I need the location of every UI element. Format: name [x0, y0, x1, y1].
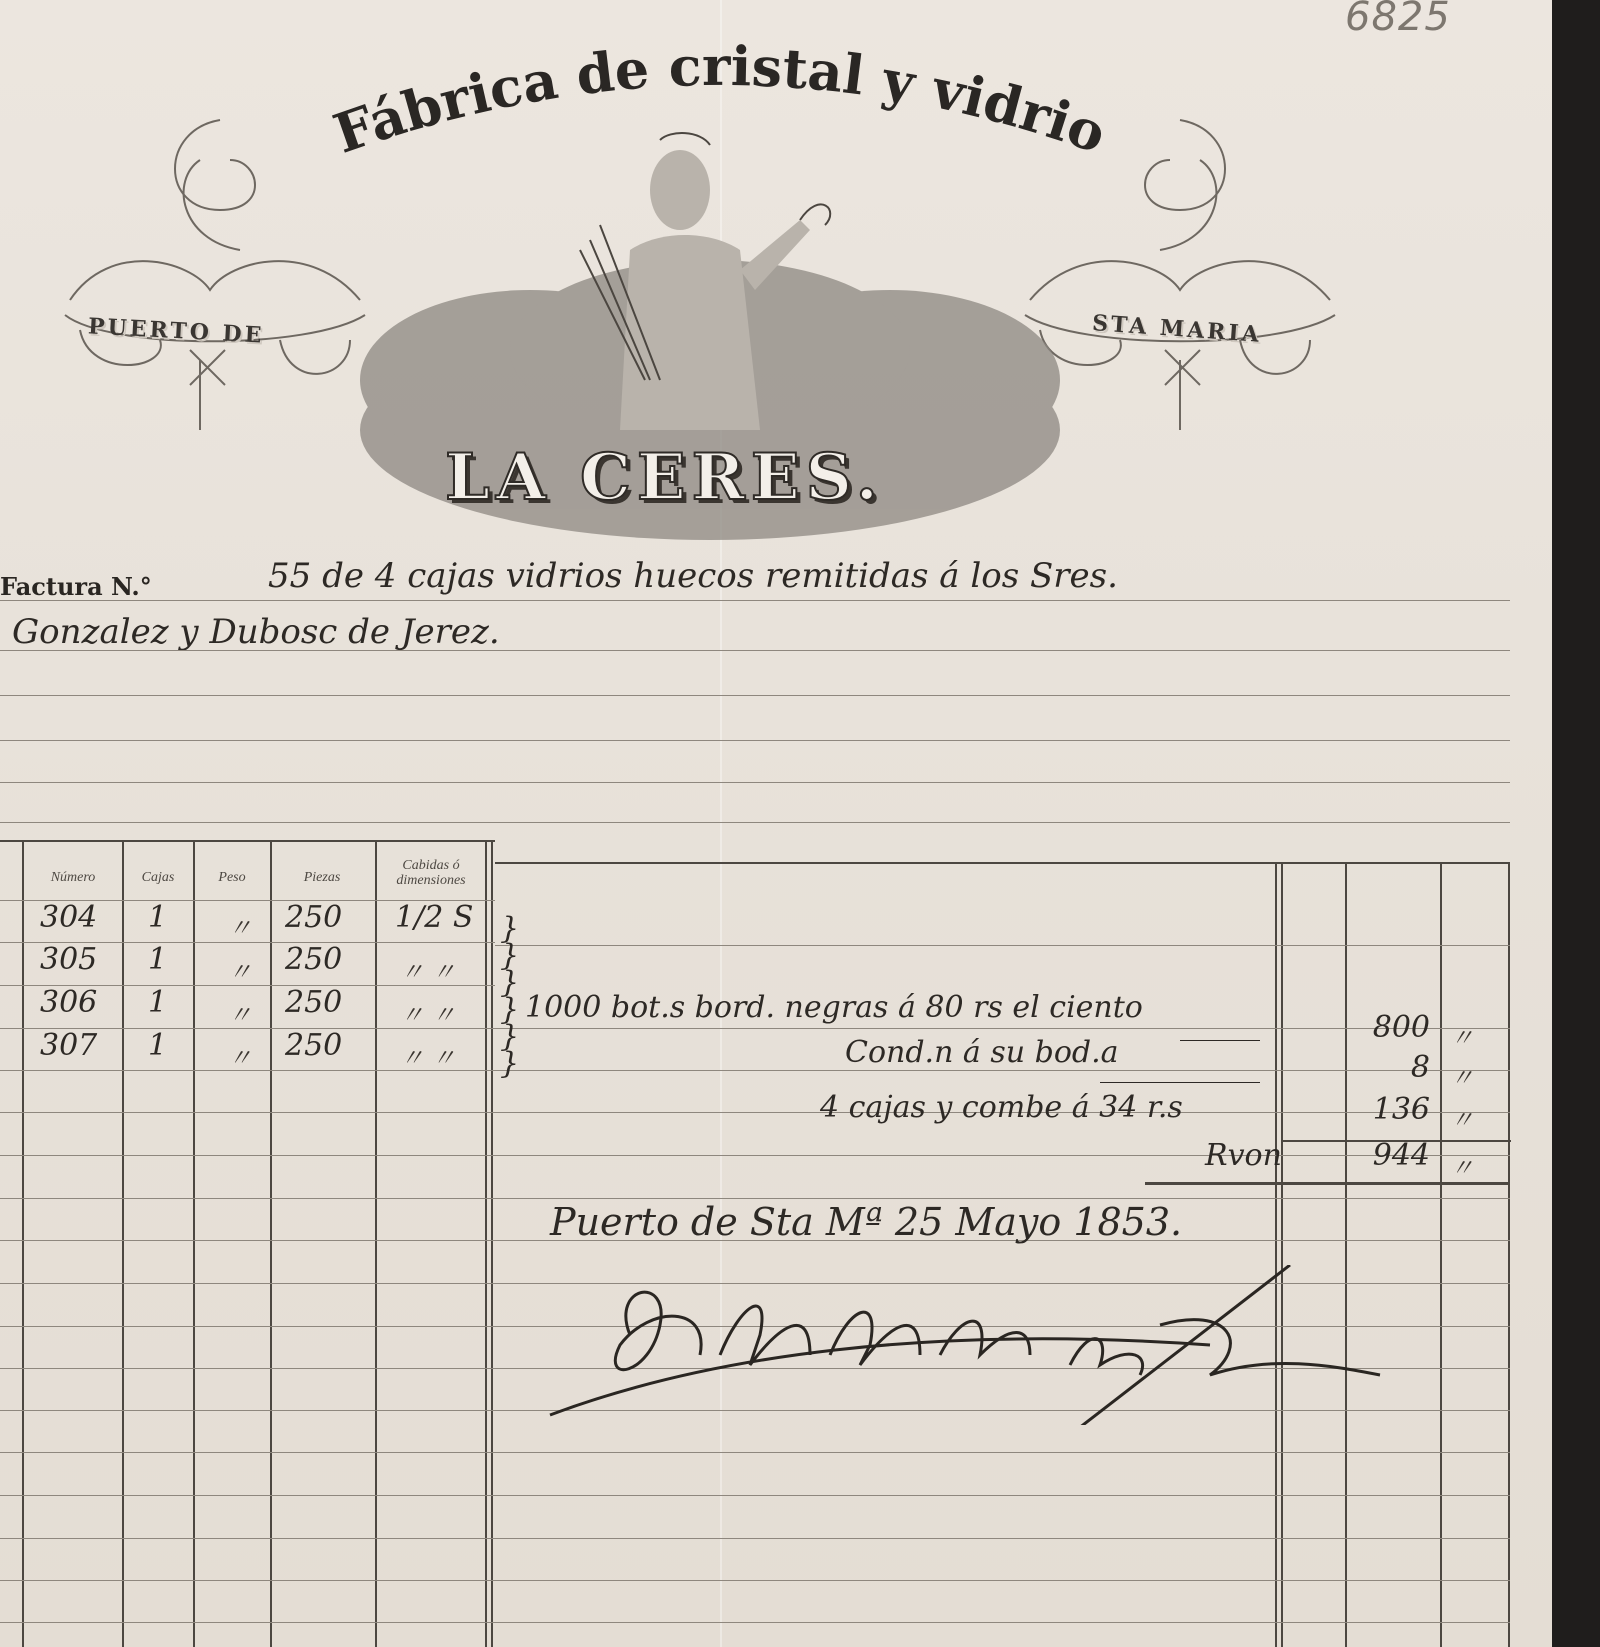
invoice-description: de 4 cajas vidrios huecos remitidas á lo…	[322, 556, 1118, 596]
header-cajas: Cajas	[124, 870, 192, 885]
row-rule	[0, 1240, 495, 1241]
firm-name: LA CERES.	[445, 440, 884, 515]
header-peso: Peso	[196, 870, 268, 885]
total-amount: 944	[1330, 1138, 1430, 1173]
row-3-numero: 306	[40, 985, 97, 1020]
row-3-peso: 〃	[228, 995, 252, 1030]
row-rule	[0, 1622, 495, 1623]
item-2-description: Cond.n á su bod.a	[845, 1035, 1119, 1070]
dash-line	[1180, 1040, 1260, 1041]
header-numero: Número	[28, 870, 118, 885]
row-rule	[495, 1538, 1510, 1539]
row-3-cajas: 1	[148, 985, 167, 1020]
row-1-dimensiones: 1/2 S	[395, 900, 473, 935]
header-dimensiones: Cabidas ó dimensiones	[378, 858, 484, 888]
item-1-description: 1000 bot.s bord. negras á 80 rs el cient…	[525, 990, 1143, 1025]
row-rule	[0, 1580, 495, 1581]
column-divider	[1345, 862, 1347, 1647]
column-divider	[22, 840, 24, 1647]
signature-icon	[510, 1265, 1430, 1425]
invoice-line-1: 55 de 4 cajas vidrios huecos remitidas á…	[268, 556, 1118, 596]
total-label: Rvon	[1205, 1138, 1282, 1173]
brace-icon: }}}}}}	[500, 915, 519, 1077]
item-3-amount: 136	[1330, 1092, 1430, 1127]
row-2-dimensiones: 〃 〃	[400, 952, 456, 987]
ruled-line	[0, 695, 1510, 696]
row-rule	[0, 1538, 495, 1539]
row-2-cajas: 1	[148, 942, 167, 977]
column-divider	[485, 840, 487, 1647]
row-rule	[0, 1495, 495, 1496]
row-rule	[0, 1155, 495, 1156]
total-underline	[1145, 1182, 1510, 1185]
row-rule	[495, 1622, 1510, 1623]
row-4-cajas: 1	[148, 1028, 167, 1063]
column-divider	[270, 840, 272, 1647]
ruled-line	[0, 782, 1510, 783]
row-rule	[0, 1452, 495, 1453]
column-divider	[1440, 862, 1442, 1647]
row-rule	[495, 1580, 1510, 1581]
row-rule	[495, 1198, 1510, 1199]
row-rule	[0, 1198, 495, 1199]
column-divider	[1508, 862, 1510, 1647]
table-top-border	[0, 840, 495, 842]
dash-line	[1100, 1082, 1260, 1083]
frame-edge	[1552, 0, 1600, 1647]
item-2-amount: 8	[1330, 1050, 1430, 1085]
column-divider	[1281, 862, 1283, 1647]
item-3-ditto: 〃	[1450, 1100, 1474, 1135]
invoice-number: 55	[268, 556, 311, 596]
row-1-numero: 304	[40, 900, 97, 935]
row-rule	[495, 945, 1510, 946]
row-rule	[495, 1452, 1510, 1453]
row-rule	[0, 1283, 495, 1284]
row-4-piezas: 250	[285, 1028, 342, 1063]
ruled-line	[0, 740, 1510, 741]
items-top-border	[495, 862, 1510, 864]
item-2-ditto: 〃	[1450, 1058, 1474, 1093]
invoice-recipient: Gonzalez y Dubosc de Jerez.	[12, 612, 500, 652]
item-1-ditto: 〃	[1450, 1018, 1474, 1053]
row-2-numero: 305	[40, 942, 97, 977]
ruled-line	[0, 822, 1510, 823]
total-ditto: 〃	[1450, 1148, 1474, 1183]
item-3-description: 4 cajas y combe á 34 r.s	[820, 1090, 1183, 1125]
row-rule	[0, 1368, 495, 1369]
row-4-peso: 〃	[228, 1038, 252, 1073]
row-1-peso: 〃	[228, 908, 252, 943]
column-divider	[375, 840, 377, 1647]
row-3-piezas: 250	[285, 985, 342, 1020]
item-1-amount: 800	[1330, 1010, 1430, 1045]
row-1-cajas: 1	[148, 900, 167, 935]
header-piezas: Piezas	[272, 870, 372, 885]
row-2-piezas: 250	[285, 942, 342, 977]
ruled-line	[0, 600, 1510, 601]
row-rule	[495, 1495, 1510, 1496]
row-4-dimensiones: 〃 〃	[400, 1038, 456, 1073]
ruled-line	[0, 650, 1510, 651]
archive-number: 6825	[1345, 0, 1451, 40]
column-divider	[1275, 862, 1277, 1647]
place-date: Puerto de Sta Mª 25 Mayo 1853.	[550, 1200, 1182, 1244]
row-rule	[0, 1112, 495, 1113]
row-1-piezas: 250	[285, 900, 342, 935]
factura-label: Factura N.°	[0, 572, 152, 601]
row-rule	[0, 1410, 495, 1411]
row-4-numero: 307	[40, 1028, 97, 1063]
column-divider	[491, 840, 493, 1647]
row-rule	[0, 1326, 495, 1327]
row-2-peso: 〃	[228, 952, 252, 987]
column-divider	[193, 840, 195, 1647]
row-3-dimensiones: 〃 〃	[400, 995, 456, 1030]
column-divider	[122, 840, 124, 1647]
